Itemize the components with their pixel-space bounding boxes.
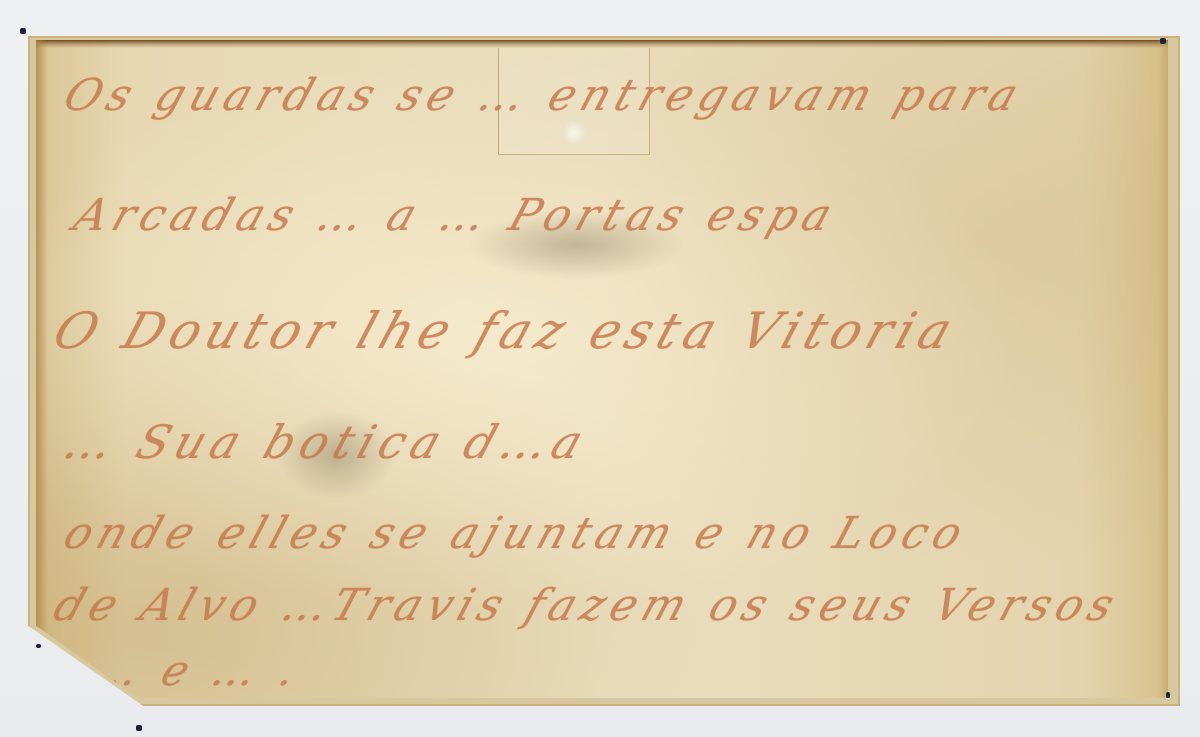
paper-top-shadow — [36, 40, 1168, 48]
patch-stain — [559, 118, 589, 148]
handwritten-paper: Os guardas se … entregavam para Arcadas … — [36, 40, 1168, 698]
paper-right-edge — [1158, 40, 1168, 698]
handwriting-line-2: Arcadas … a … Portas espa — [68, 190, 844, 241]
paper-left-shadow — [36, 40, 48, 698]
mounting-pin — [136, 725, 142, 731]
handwriting-line-1: Os guardas se … entregavam para — [58, 70, 1031, 121]
handwriting-line-3: O Doutor lhe faz esta Vitoria — [47, 302, 966, 360]
mounting-pin — [1160, 38, 1166, 44]
mounting-pin — [1166, 692, 1170, 698]
handwriting-line-5: onde elles se ajuntam e no Loco — [58, 508, 975, 559]
handwriting-line-6: de Alvo …Travis fazem os seus Versos — [48, 580, 1127, 631]
mounting-pin — [20, 28, 26, 34]
mounting-pin — [36, 644, 41, 648]
handwriting-line-4: … Sua botica d…a — [57, 415, 595, 469]
